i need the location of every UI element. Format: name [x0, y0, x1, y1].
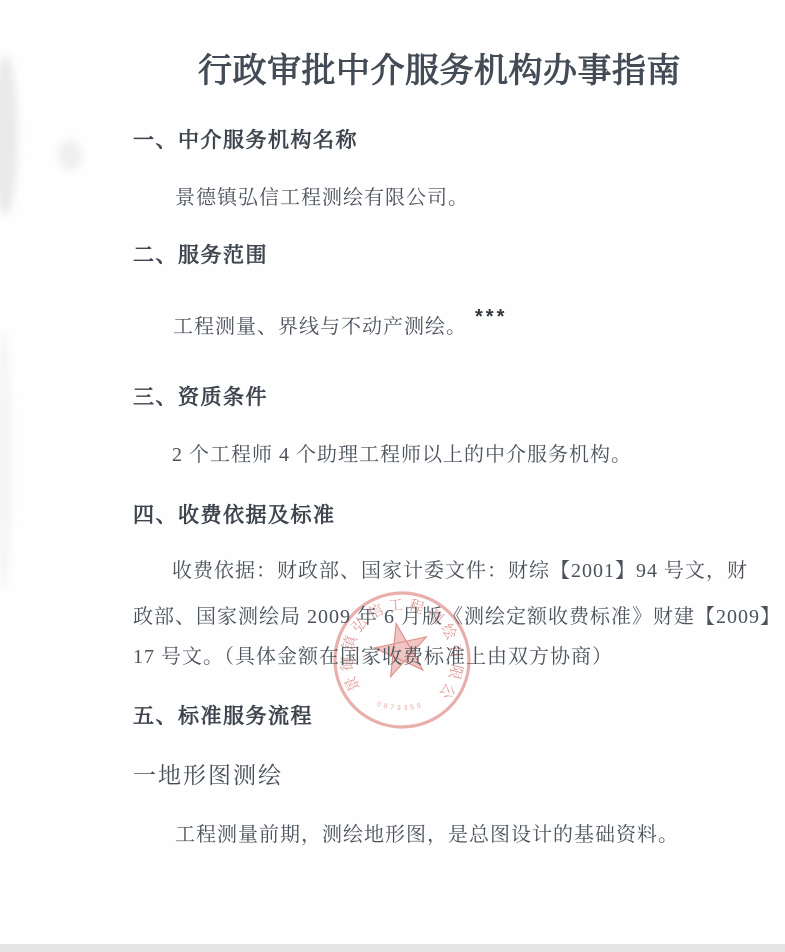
scan-smudge	[0, 55, 18, 215]
section-2-body: 工程测量、界线与不动产测绘。***	[173, 316, 507, 339]
seal-code-digits: 0873358	[376, 701, 425, 712]
section-5-body: 工程测量前期，测绘地形图，是总图设计的基础资料。	[175, 824, 679, 847]
section-4-paragraph-line-1: 收费依据：财政部、国家计委文件：财综【2001】94 号文，财	[172, 560, 748, 583]
section-1-heading: 一、中介服务机构名称	[133, 129, 358, 153]
section-4-paragraph-line-2: 政部、国家测绘局 2009 年 6 月版《测绘定额收费标准》财建【2009】	[133, 606, 781, 629]
scan-smudge	[0, 330, 12, 590]
scan-smudge	[58, 140, 82, 170]
section-5-heading: 五、标准服务流程	[133, 705, 313, 729]
superscript-annotation: ***	[475, 306, 507, 329]
section-2-body-text: 工程测量、界线与不动产测绘。	[173, 316, 467, 338]
section-1-body: 景德镇弘信工程测绘有限公司。	[175, 187, 469, 210]
section-4-paragraph-line-3: 17 号文。（具体金额在国家收费标准上由双方协商）	[133, 646, 613, 669]
scan-edge-strip	[0, 944, 785, 952]
section-3-heading: 三、资质条件	[133, 386, 268, 410]
section-2-heading: 二、服务范围	[133, 244, 268, 268]
section-5-subheading: 一地形图测绘	[133, 763, 283, 789]
document-title: 行政审批中介服务机构办事指南	[198, 52, 681, 91]
section-4-heading: 四、收费依据及标准	[133, 504, 336, 528]
scanned-document-page: 景德镇弘信工程测绘有限公司 0873358 行政审批中介服务机构办事指南 一、中…	[0, 0, 785, 952]
section-3-body: 2 个工程师 4 个助理工程师以上的中介服务机构。	[172, 444, 632, 467]
